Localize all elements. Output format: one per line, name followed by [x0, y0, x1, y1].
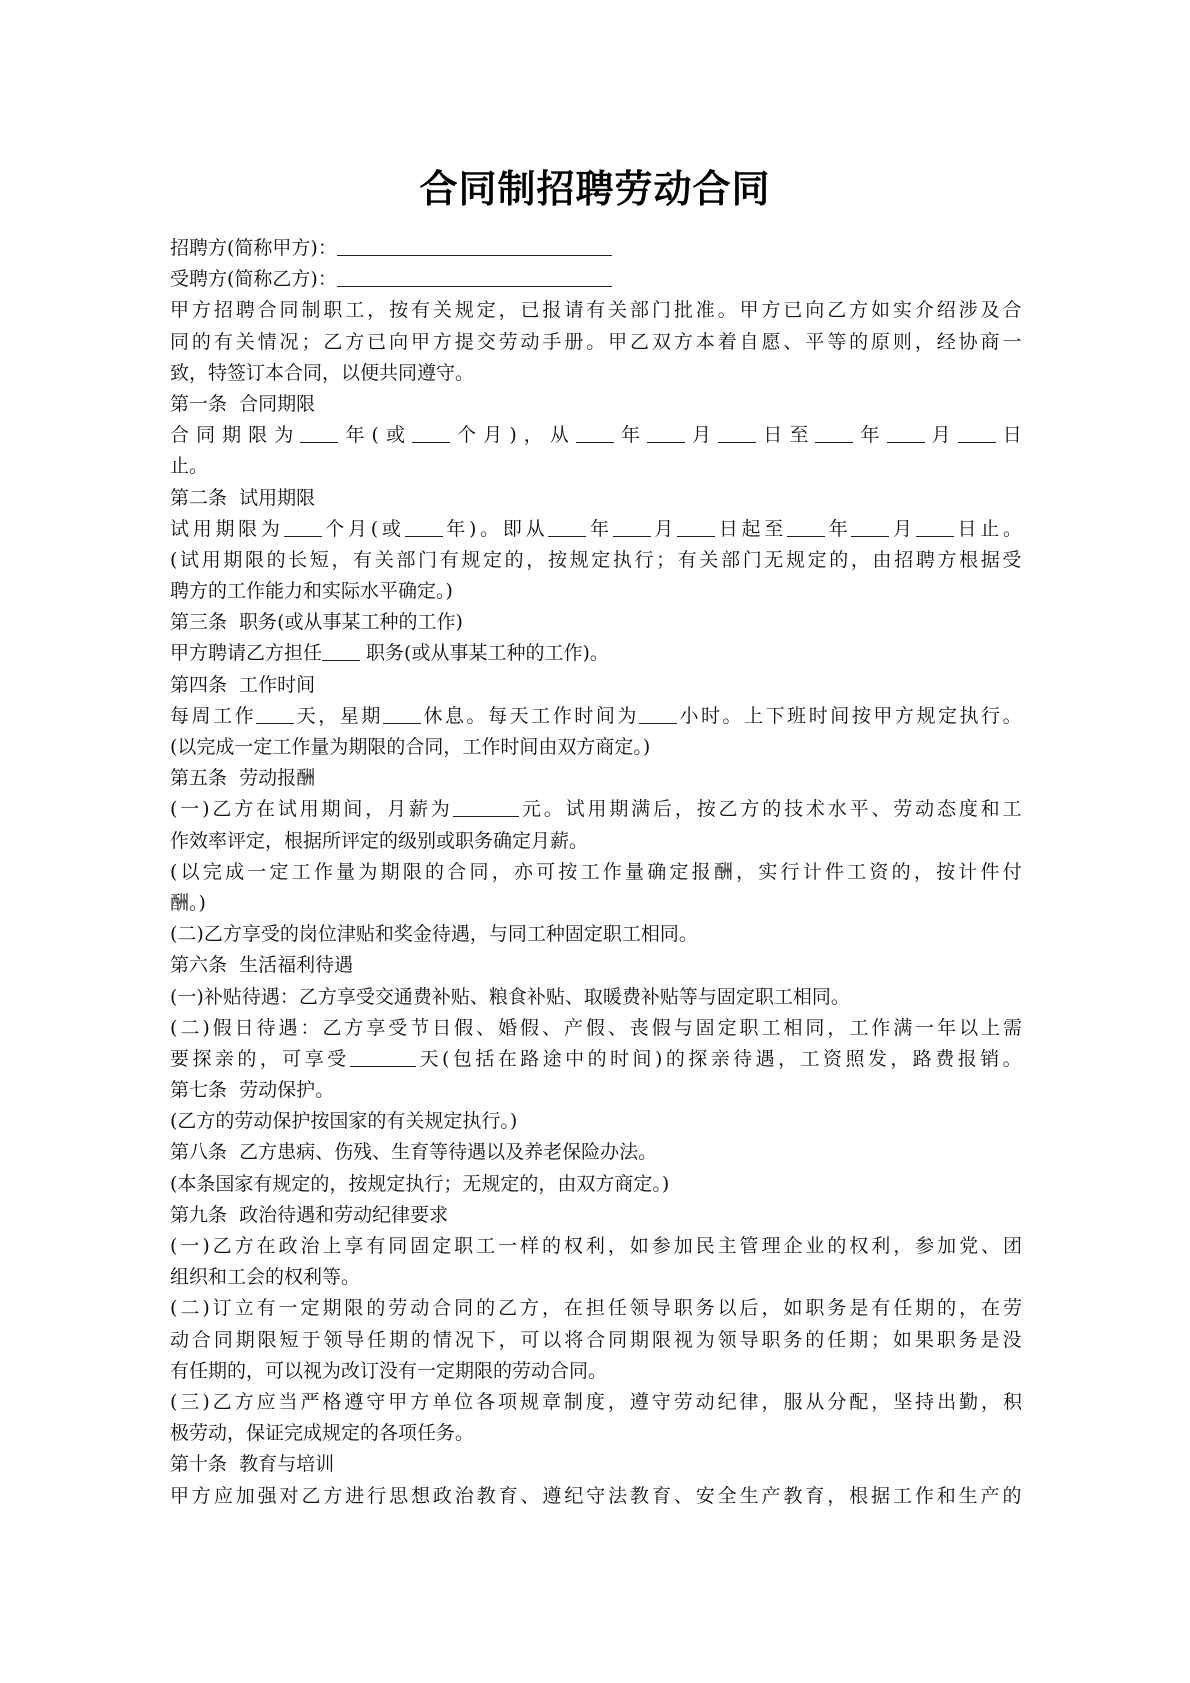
text-char: 的 [805, 1325, 824, 1356]
text-char: 在 [981, 1293, 1000, 1324]
text-char: 技 [784, 794, 803, 825]
text-char: ， [959, 1293, 978, 1324]
text-char: 一 [279, 1293, 298, 1324]
text-char: ) [202, 1293, 209, 1324]
text-segment: 甲方聘请乙方担任 [170, 638, 322, 669]
text-char: 准 [696, 295, 715, 326]
fill-in-blank [300, 420, 338, 443]
paragraph-line: 止。 [170, 451, 1022, 482]
text-char: 计 [958, 857, 977, 888]
text-char: 服 [783, 1387, 802, 1418]
text-char: 提 [455, 327, 474, 358]
text-char: 积 [1003, 1387, 1022, 1418]
text-char: 同 [388, 1231, 407, 1262]
text-char: 天 [297, 701, 316, 732]
text-char: 完 [203, 857, 222, 888]
text-char: 方 [235, 1231, 254, 1262]
article-heading: 第三条 职务(或从事某工种的工作) [170, 607, 1022, 638]
text-char: 规 [916, 701, 935, 732]
text-char: 同 [608, 1325, 627, 1356]
text-char: 治 [455, 1481, 474, 1512]
text-char: 满 [893, 1013, 912, 1044]
text-char: 月 [692, 420, 711, 451]
text-char: 如 [630, 1231, 649, 1262]
text-char: 生 [959, 1481, 978, 1512]
text-char: 自 [740, 327, 759, 358]
signature-blank [337, 264, 612, 287]
text-char: 发 [868, 1044, 887, 1075]
text-char: 合 [447, 857, 466, 888]
text-char: 用 [587, 794, 606, 825]
text-char: 后 [740, 1293, 759, 1324]
text-char: ， [981, 1387, 1000, 1418]
text-char: 月 [654, 514, 673, 545]
text-char: 一 [180, 1231, 199, 1262]
paragraph-line: (以完成一定工作量为期限的合同，亦可按工作量确定报酬，实行计件工资的，按计件付 [170, 857, 1022, 888]
text-char: 一 [180, 794, 199, 825]
text-char: 限 [245, 545, 264, 576]
text-char: 工 [292, 857, 311, 888]
text-char: 根 [959, 545, 978, 576]
paragraph-line: 聘方的工作能力和实际水平确定。) [170, 576, 1022, 607]
text-char: 党 [959, 1231, 978, 1262]
text-segment: 第三条 职务(或从事某工种的工作) [170, 607, 463, 638]
text-char: 劳 [1003, 1293, 1022, 1324]
text-char: 的 [849, 327, 868, 358]
text-char: 乙 [323, 327, 342, 358]
text-char: 天 [510, 701, 529, 732]
text-char: 探 [688, 1044, 707, 1075]
text-char: 期 [236, 1325, 255, 1356]
paragraph-line: 要探亲的，可享受天(包括在路途中的时间)的探亲待遇，工资照发，路费报销。 [170, 1044, 1022, 1075]
text-char: 团 [1003, 1231, 1022, 1262]
article-heading: 第五条 劳动报酬 [170, 763, 1022, 794]
text-char: 工 [531, 701, 550, 732]
text-char: 介 [915, 295, 934, 326]
text-char: 于 [301, 1325, 320, 1356]
text-char: 节 [410, 1013, 429, 1044]
text-segment: (乙方的劳动保护按国家的有关规定执行。) [170, 1106, 517, 1137]
fill-in-blank [639, 701, 677, 724]
text-char: ， [915, 327, 934, 358]
text-char: 甲 [608, 327, 627, 358]
text-char: 资 [869, 857, 888, 888]
text-char: 制 [564, 1387, 583, 1418]
text-char: 领 [718, 1325, 737, 1356]
text-char: 任 [827, 1325, 846, 1356]
paragraph-line: 动合同期限短于领导任期的情况下，可以将合同期限视为领导职务的任期；如果职务是没 [170, 1325, 1022, 1356]
text-char: 期 [322, 794, 341, 825]
text-char: ： [300, 1013, 319, 1044]
text-char: 任 [367, 1325, 386, 1356]
text-char: 业 [805, 1231, 824, 1262]
paragraph-line: 同的有关情况；乙方已向甲方提交劳动手册。甲乙双方本着自愿、平等的原则，经协商一 [170, 327, 1022, 358]
text-char: 及 [981, 295, 1000, 326]
text-char: 产 [761, 1481, 780, 1512]
text-char: 项 [498, 1387, 517, 1418]
text-char: 工 [801, 1044, 820, 1075]
text-char: 关 [375, 545, 394, 576]
text-char: 。 [718, 295, 737, 326]
text-char: 执 [613, 545, 632, 576]
text-char: 门 [652, 295, 671, 326]
text-char: 应 [214, 1481, 233, 1512]
article-heading: 第一条 合同期限 [170, 389, 1022, 420]
text-char: 领 [630, 1293, 649, 1324]
paragraph-line: 有任期的，可以视为改订没有一定期限的劳动合同。 [170, 1356, 1022, 1387]
text-char: 日 [235, 1013, 254, 1044]
text-char: 的 [237, 1044, 256, 1075]
text-char: 工 [849, 1013, 868, 1044]
text-char: 用 [193, 514, 212, 545]
text-char: 方 [234, 794, 253, 825]
text-char: 间 [633, 1044, 652, 1075]
text-char: 劳 [388, 1293, 407, 1324]
text-char: 用 [300, 794, 319, 825]
text-char: 育 [805, 1481, 824, 1512]
document-title: 合同制招聘劳动合同 [0, 158, 1190, 213]
text-char: ( [170, 1387, 177, 1418]
text-char: 的 [937, 1293, 956, 1324]
text-segment: (本条国家有规定的，按规定执行；无规定的，由双方商定。) [170, 1169, 669, 1200]
text-char: 享 [305, 1044, 324, 1075]
text-char: 有 [353, 545, 372, 576]
text-char: 期 [215, 514, 234, 545]
text-char: 或 [382, 514, 401, 545]
text-char: 月 [387, 794, 406, 825]
text-char: 限 [238, 514, 257, 545]
text-char: 平 [850, 794, 869, 825]
text-char: 按 [697, 794, 716, 825]
text-char: 相 [783, 1013, 802, 1044]
text-segment: 第七条 劳动保护。 [170, 1075, 334, 1106]
text-char: 可 [536, 857, 555, 888]
fill-in-blank [815, 420, 853, 443]
fill-in-blank [613, 514, 651, 537]
text-char: 职 [454, 1231, 473, 1262]
text-char: 年 [590, 514, 609, 545]
text-char: 涉 [959, 295, 978, 326]
text-char: 中 [565, 1044, 584, 1075]
text-char: 的 [892, 857, 911, 888]
fill-in-blank [383, 701, 421, 724]
text-char: ， [890, 1044, 909, 1075]
text-char: 聘 [916, 545, 935, 576]
text-char: 为 [261, 514, 280, 545]
text-char: 想 [411, 1481, 430, 1512]
text-char: 安 [696, 1481, 715, 1512]
text-char: 方 [192, 295, 211, 326]
text-char: 按 [548, 545, 567, 576]
text-char: 乙 [301, 1481, 320, 1512]
text-char: 休 [423, 701, 442, 732]
text-char: 定 [432, 1231, 451, 1262]
text-char: 根 [849, 1481, 868, 1512]
text-char: 限 [248, 420, 267, 451]
text-segment: 受聘方(简称乙方)： [170, 264, 337, 295]
text-char: 工 [476, 1231, 495, 1262]
text-char: 格 [322, 1387, 341, 1418]
text-char: 试 [566, 794, 585, 825]
text-char: 据 [871, 1481, 890, 1512]
text-char: 享 [344, 1231, 363, 1262]
text-char: ； [656, 545, 675, 576]
text-char: 职 [674, 1293, 693, 1324]
text-char: 务 [783, 1325, 802, 1356]
text-char: 。 [467, 701, 486, 732]
text-char: 行 [981, 701, 1000, 732]
text-char: 作 [871, 1013, 890, 1044]
text-char: 遵 [542, 1481, 561, 1512]
text-char: ， [736, 857, 755, 888]
text-char: 持 [915, 1387, 934, 1418]
text-char: 、 [981, 1231, 1000, 1262]
text-char: 、 [871, 794, 890, 825]
text-char: 在 [564, 1293, 583, 1324]
text-char: 的 [542, 1231, 561, 1262]
text-char: 假 [586, 1013, 605, 1044]
text-char: 愿 [761, 327, 780, 358]
text-char: 如 [783, 1293, 802, 1324]
text-char: 配 [849, 1387, 868, 1418]
text-char: 方 [740, 794, 759, 825]
text-char: 册 [564, 327, 583, 358]
text-char: 时 [701, 701, 720, 732]
text-char: 工 [847, 857, 866, 888]
text-char: 的 [588, 1044, 607, 1075]
text-char: 守 [366, 1387, 385, 1418]
text-char: 手 [542, 327, 561, 358]
text-char: 的 [425, 857, 444, 888]
text-char: 规 [455, 295, 474, 326]
text-char: 一 [1002, 327, 1021, 358]
text-char: ； [871, 1325, 890, 1356]
text-char: 量 [625, 857, 644, 888]
article-heading: 第九条 政治待遇和劳动纪律要求 [170, 1200, 1022, 1231]
text-char: 批 [674, 295, 693, 326]
text-char: 动 [521, 327, 540, 358]
text-char: ， [260, 1044, 279, 1075]
text-char: 息 [445, 701, 464, 732]
text-char: 小 [679, 701, 698, 732]
text-char: 为 [358, 857, 377, 888]
text-char: 关 [236, 327, 255, 358]
paragraph-line: 甲方聘请乙方担任 职务(或从事某工种的工作)。 [170, 638, 1022, 669]
party-field: 招聘方(简称甲方)： [170, 233, 1022, 264]
text-char: 同 [454, 1293, 473, 1324]
text-char: 期 [223, 545, 242, 576]
text-char: 止 [980, 514, 999, 545]
text-char: 、 [783, 327, 802, 358]
text-char: 强 [258, 1481, 277, 1512]
text-char: ， [365, 794, 384, 825]
text-char: 有 [411, 295, 430, 326]
text-char: 行 [367, 1481, 386, 1512]
text-char: 法 [608, 1481, 627, 1512]
text-char: 任 [893, 1293, 912, 1324]
text-char: 件 [825, 857, 844, 888]
text-char: 方 [674, 327, 693, 358]
text-char: ， [762, 1293, 781, 1324]
text-char: 婚 [498, 1013, 517, 1044]
text-char: 以 [181, 857, 200, 888]
text-char: 动 [696, 1387, 715, 1418]
text-char: 交 [477, 327, 496, 358]
text-char: 亲 [215, 1044, 234, 1075]
text-char: 限 [258, 1325, 277, 1356]
text-char: 主 [718, 1231, 737, 1262]
text-char: 工 [1003, 794, 1022, 825]
text-char: ( [170, 794, 177, 825]
text-char: 任 [608, 1293, 627, 1324]
text-char: 情 [258, 327, 277, 358]
text-char: ( [170, 1293, 177, 1324]
text-char: 的 [411, 1325, 430, 1356]
text-char: 的 [267, 545, 286, 576]
text-char: 照 [845, 1044, 864, 1075]
text-char: 短 [280, 1325, 299, 1356]
text-char: 纪 [564, 1481, 583, 1512]
text-char: 的 [366, 1293, 385, 1324]
text-char: ， [608, 1387, 627, 1418]
fill-in-blank [647, 420, 685, 443]
fill-in-blank [405, 514, 443, 537]
text-segment: 招聘方(简称甲方)： [170, 233, 337, 264]
paragraph-line: (以完成一定工作量为期限的合同，工作时间由双方商定。) [170, 732, 1022, 763]
text-char: 立 [235, 1293, 254, 1324]
text-char: 执 [960, 701, 979, 732]
text-char: 权 [849, 1231, 868, 1262]
text-char: 制 [301, 295, 320, 326]
text-char: 。 [1003, 701, 1022, 732]
text-char: 甲 [170, 1481, 189, 1512]
text-char: 本 [696, 327, 715, 358]
text-char: 确 [647, 857, 666, 888]
text-char: 已 [521, 295, 540, 326]
text-char: 括 [475, 1044, 494, 1075]
text-char: 受 [388, 1013, 407, 1044]
document-body: 招聘方(简称甲方)：受聘方(简称乙方)：甲方招聘合同制职工，按有关规定，已报请有… [170, 233, 1022, 1512]
text-char: 上 [322, 1231, 341, 1262]
text-char: 利 [586, 1231, 605, 1262]
text-char: 企 [783, 1231, 802, 1262]
text-char: 与 [674, 1013, 693, 1044]
text-char: 关 [433, 295, 452, 326]
text-char: 规 [786, 545, 805, 576]
text-char: 以 [959, 1013, 978, 1044]
text-char: 即 [503, 514, 522, 545]
text-char: 等 [827, 327, 846, 358]
text-char: ， [871, 1387, 890, 1418]
text-char: 下 [477, 1325, 496, 1356]
text-segment: 极劳动，保证完成规定的各项任务。 [170, 1418, 474, 1449]
text-char: 和 [937, 1481, 956, 1512]
text-char: ， [524, 420, 543, 451]
text-char: 定 [669, 857, 688, 888]
text-char: 当 [279, 1387, 298, 1418]
text-char: 亲 [711, 1044, 730, 1075]
text-char: 工 [581, 857, 600, 888]
paragraph-line: 酬。) [170, 888, 1022, 919]
text-segment: 作效率评定，根据所评定的级别或职务确定月薪。 [170, 826, 588, 857]
text-char: ) [202, 1013, 209, 1044]
text-segment: 有任期的，可以视为改订没有一定期限的劳动合同。 [170, 1356, 607, 1387]
text-char: 有 [257, 1293, 276, 1324]
text-char: 。 [1003, 1044, 1022, 1075]
text-char: 待 [257, 1013, 276, 1044]
text-char: 招 [214, 295, 233, 326]
text-char: 享 [366, 1013, 385, 1044]
text-char: 合 [170, 420, 189, 451]
text-char: 动 [915, 794, 934, 825]
text-char: 同 [280, 295, 299, 326]
paragraph-line: 每周工作天，星期休息。每天工作时间为小时。上下班时间按甲方规定执行。 [170, 701, 1022, 732]
paragraph-line: (一)乙方在试用期间，月薪为元。试用期满后，按乙方的技术水平、劳动态度和工 [170, 794, 1022, 825]
text-char: 日 [432, 1013, 451, 1044]
text-char: 为 [696, 1325, 715, 1356]
text-char: 定 [270, 857, 289, 888]
text-char: 参 [915, 1231, 934, 1262]
text-char: 对 [280, 1481, 299, 1512]
text-char: 理 [762, 1231, 781, 1262]
text-char: 行 [635, 545, 654, 576]
text-char: 关 [608, 295, 627, 326]
text-char: 有 [678, 545, 697, 576]
text-char: 作 [553, 701, 572, 732]
text-char: 日 [958, 514, 977, 545]
text-char: 方 [849, 295, 868, 326]
text-char: 有 [214, 327, 233, 358]
text-char: 。 [480, 514, 499, 545]
text-char: 合 [1002, 295, 1021, 326]
text-char: 有 [871, 1293, 890, 1324]
text-char: 双 [652, 327, 671, 358]
text-char: 严 [300, 1387, 319, 1418]
signature-blank [337, 233, 612, 256]
text-char: 职 [937, 1325, 956, 1356]
text-char: 出 [937, 1387, 956, 1418]
text-char: 时 [574, 701, 593, 732]
article-heading: 第七条 劳动保护。 [170, 1075, 1022, 1106]
text-char: 职 [740, 1013, 759, 1044]
text-segment: (以完成一定工作量为期限的合同，工作时间由双方商定。) [170, 732, 650, 763]
text-char: 。 [544, 794, 563, 825]
text-char: 丧 [630, 1013, 649, 1044]
text-char: ， [778, 1044, 797, 1075]
party-field: 受聘方(简称乙方)： [170, 264, 1022, 295]
article-heading: 第十条 教育与培训 [170, 1449, 1022, 1480]
text-char: 按 [389, 295, 408, 326]
text-char: 年 [621, 420, 640, 451]
text-char: 的 [1002, 1481, 1021, 1512]
paragraph-line: 致，特签订本合同，以便共同遵守。 [170, 358, 1022, 389]
paragraph-line: (乙方的劳动保护按国家的有关规定执行。) [170, 1106, 1022, 1137]
text-char: ， [827, 1481, 846, 1512]
text-char: 乙 [213, 1387, 232, 1418]
text-char: 动 [410, 1293, 429, 1324]
text-char: 可 [282, 1044, 301, 1075]
text-char: 的 [505, 545, 524, 576]
text-char: 时 [610, 1044, 629, 1075]
text-char: 按 [558, 857, 577, 888]
fill-in-blank [350, 1044, 417, 1067]
text-char: 合 [432, 1293, 451, 1324]
text-char: ， [492, 857, 511, 888]
text-char: 酬 [714, 857, 733, 888]
paragraph-line: 作效率评定，根据所评定的级别或职务确定月薪。 [170, 826, 1022, 857]
text-char: 用 [202, 545, 221, 576]
text-char: 作 [603, 857, 622, 888]
